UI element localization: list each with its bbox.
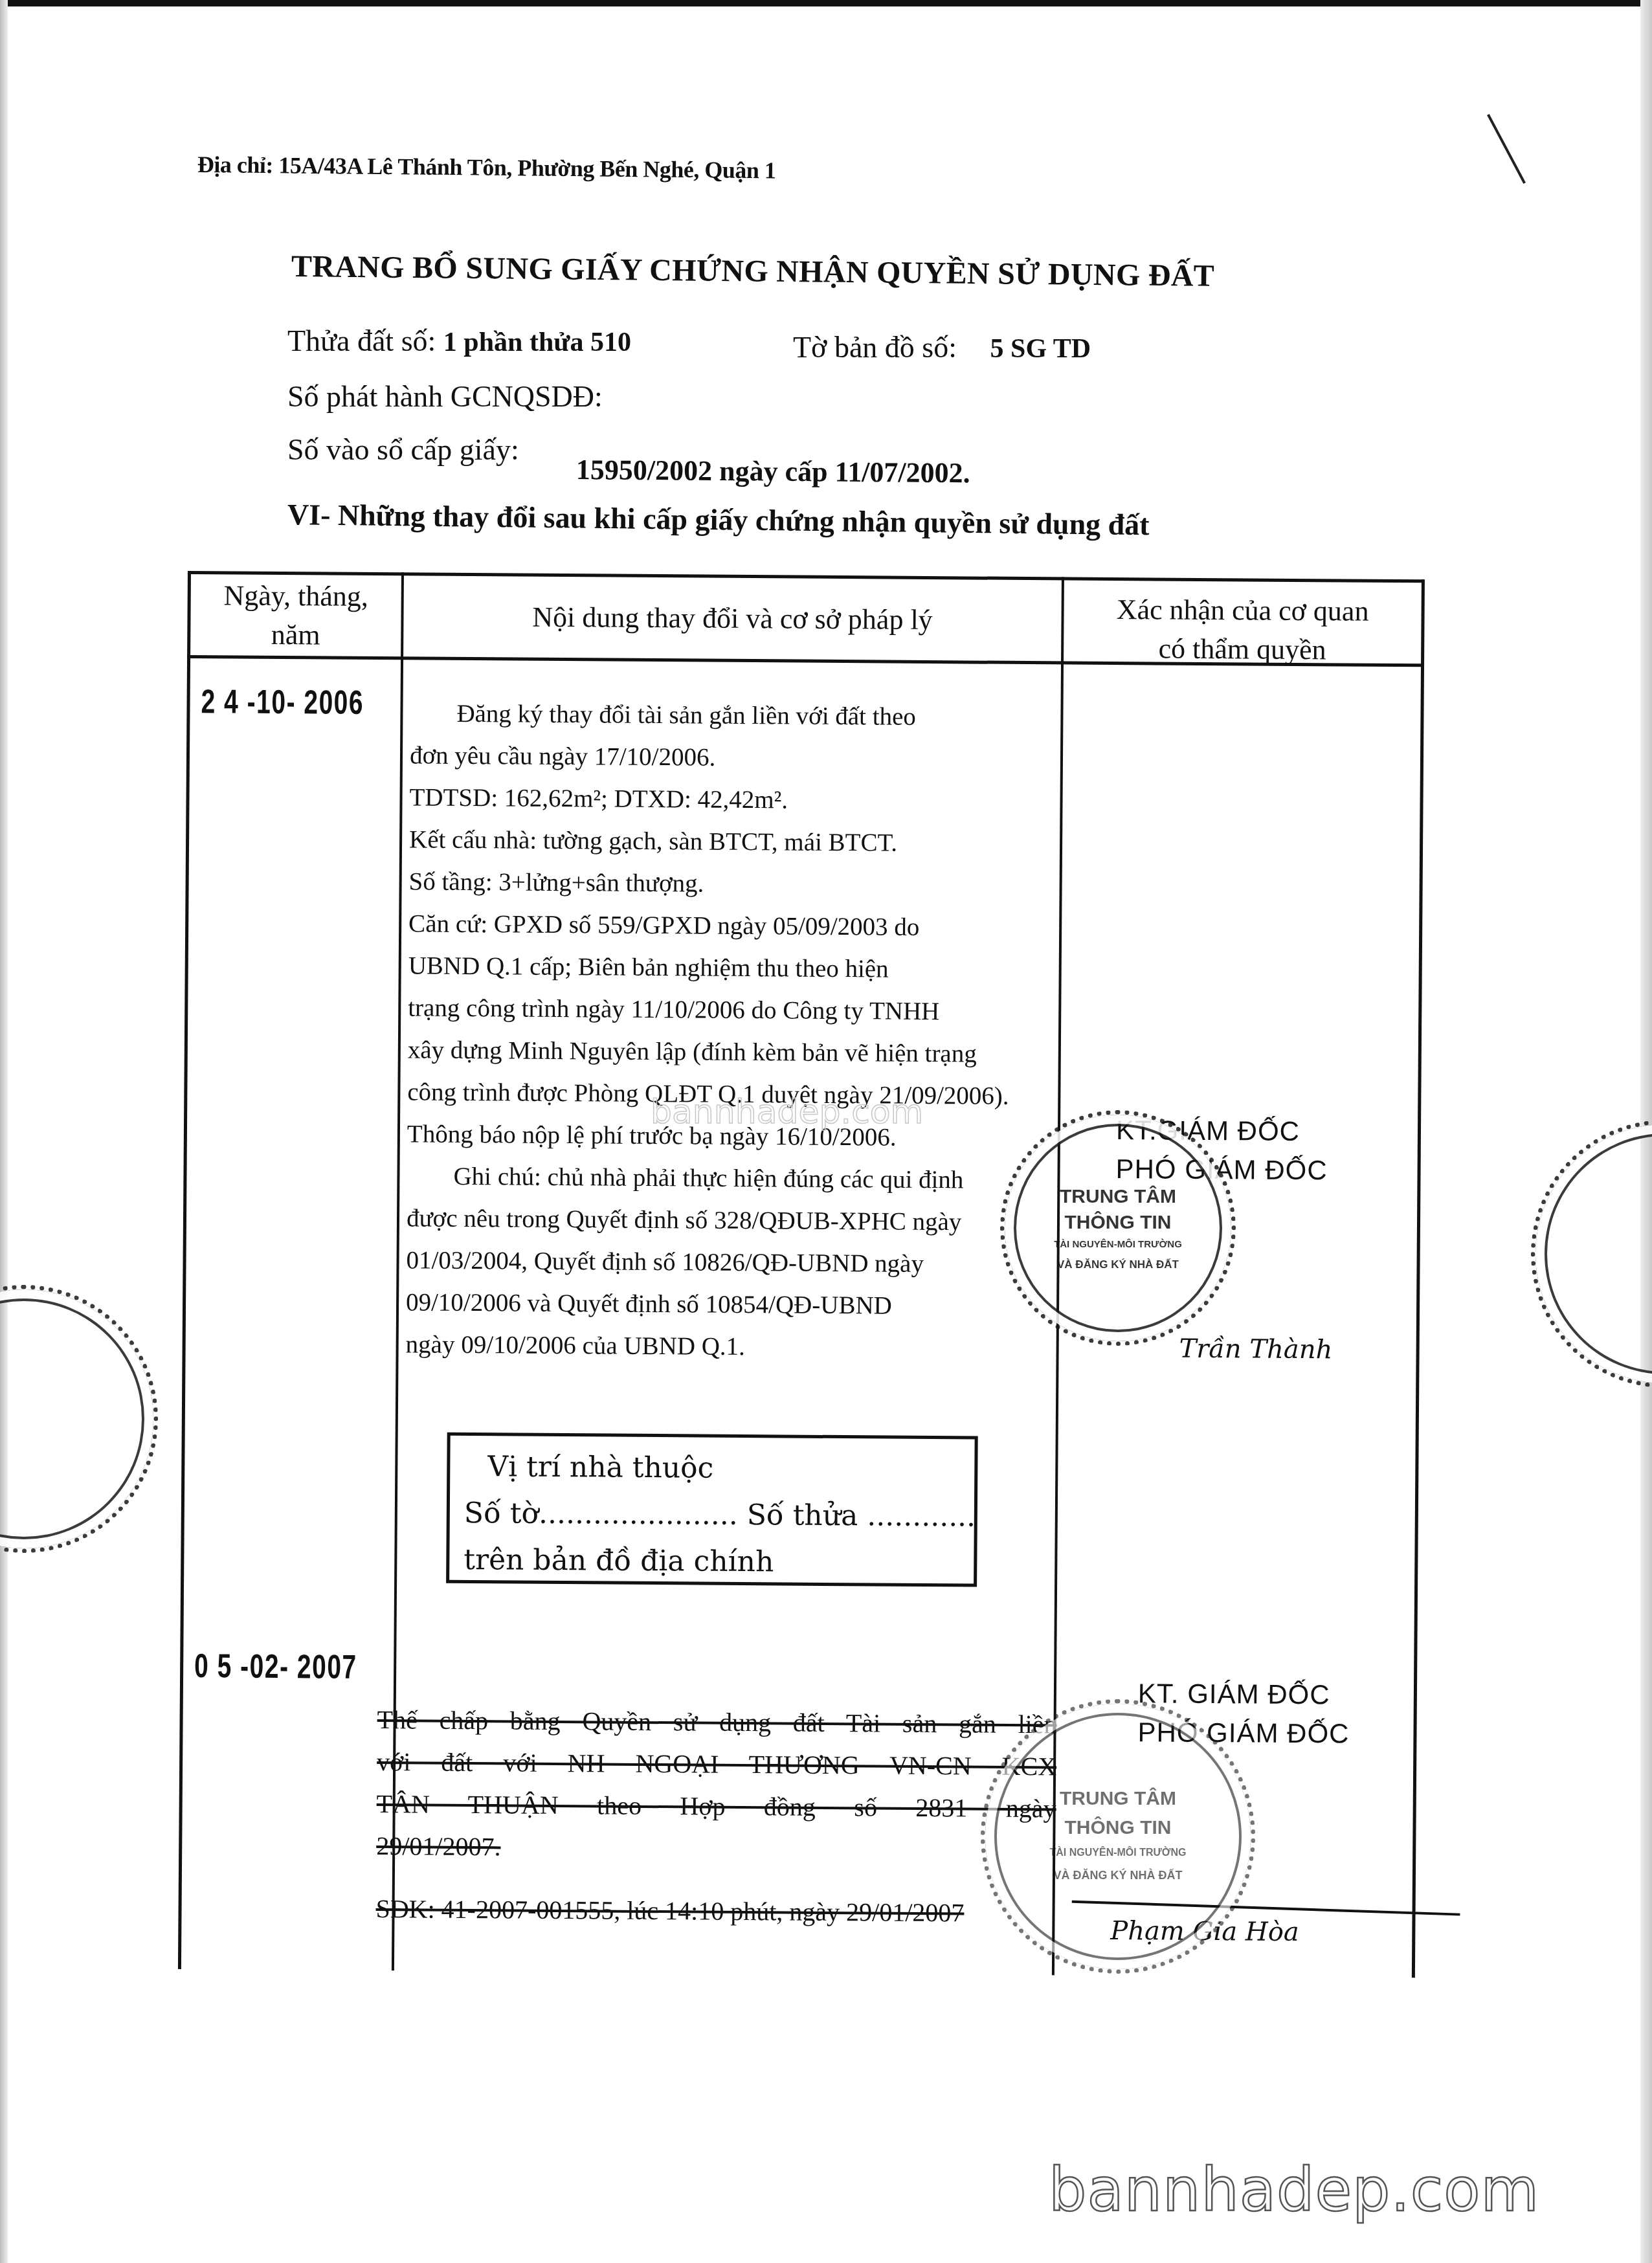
parcel-number-label: Thửa đất số:	[287, 324, 436, 357]
header-date: Ngày, tháng, năm	[190, 576, 401, 655]
pen-mark	[1487, 114, 1526, 184]
content-line: Thế chấp bằng Quyền sử dụng đất Tài sản …	[377, 1699, 1056, 1745]
issue-number-field: Số phát hành GCNQSDĐ:	[287, 379, 603, 414]
seal-text-line4: VÀ ĐĂNG KÝ NHÀ ĐẤT	[985, 1869, 1251, 1882]
row2-date-stamp: 0 5 -02- 2007	[194, 1647, 357, 1687]
content-line: với đất với NH NGOẠI THƯƠNG VN-CN KCX	[377, 1741, 1056, 1787]
content-line: ngày 09/10/2006 của UBND Q.1.	[405, 1323, 1007, 1369]
partial-seal-left	[0, 1285, 158, 1553]
address-line: Địa chỉ: 15A/43A Lê Thánh Tôn, Phường Bế…	[197, 151, 776, 184]
page-top-edge	[0, 0, 1652, 6]
header-content: Nội dung thay đổi và cơ sở pháp lý	[403, 597, 1061, 640]
official-seal-top: TRUNG TÂM THÔNG TIN TÀI NGUYÊN-MÔI TRƯỜN…	[1000, 1110, 1236, 1346]
header-date-line2: năm	[190, 615, 401, 655]
content-line: Ghi chú: chủ nhà phải thực hiện đúng các…	[407, 1155, 1009, 1201]
header-date-line1: Ngày, tháng,	[191, 576, 401, 616]
parcel-number-value: 1 phần thửa 510	[443, 328, 631, 357]
row1-signer-name: Trần Thành	[1179, 1334, 1332, 1365]
seal-text-line3: TÀI NGUYÊN-MÔI TRƯỜNG	[985, 1847, 1251, 1859]
row2-content: Thế chấp bằng Quyền sử dụng đất Tài sản …	[375, 1699, 1056, 1934]
table-right-border	[1412, 579, 1425, 1978]
location-box: Vị trí nhà thuộc Số tờ..................…	[446, 1432, 978, 1587]
table-left-border	[178, 571, 191, 1969]
content-line: TDTSD: 162,62m²; DTXD: 42,42m².	[409, 776, 1011, 822]
seal-text-line1: TRUNG TÂM	[1005, 1186, 1231, 1208]
content-line: Căn cứ: GPXD số 559/GPXD ngày 05/09/2003…	[408, 902, 1010, 948]
content-line: 01/03/2004, Quyết định số 10826/QĐ-UBND …	[406, 1239, 1008, 1285]
seal-text-line1: TRUNG TÂM	[985, 1788, 1251, 1810]
seal-text-line2: THÔNG TIN	[1005, 1212, 1231, 1234]
register-number-value: 15950/2002 ngày cấp 11/07/2002.	[576, 453, 970, 489]
content-line: TÂN THUẬN theo Hợp đồng số 2831 ngày	[376, 1783, 1056, 1829]
map-sheet-label: Tờ bản đồ số:	[793, 331, 957, 364]
content-line: được nêu trong Quyết định số 328/QĐUB-XP…	[407, 1197, 1009, 1243]
register-number-label: Số vào sổ cấp giấy:	[287, 432, 519, 467]
registration-number: SĐK: 41-2007-001555, lúc 14:10 phút, ngà…	[375, 1888, 1055, 1934]
seal-text-line3: TÀI NGUYÊN-MÔI TRƯỜNG	[1005, 1239, 1231, 1250]
header-confirm-line2: có thẩm quyền	[1064, 629, 1421, 670]
official-seal-bottom: TRUNG TÂM THÔNG TIN TÀI NGUYÊN-MÔI TRƯỜN…	[981, 1699, 1255, 1974]
watermark-bottom: bannhadep.com	[1049, 2156, 1539, 2225]
content-line: đơn yêu cầu ngày 17/10/2006.	[410, 734, 1012, 780]
changes-table: Ngày, tháng, năm Nội dung thay đổi và cơ…	[178, 571, 1424, 1978]
watermark-middle: bannhadep.com	[651, 1093, 923, 1131]
content-line: 09/10/2006 và Quyết định số 10854/QĐ-UBN…	[406, 1281, 1008, 1327]
section-title: VI- Những thay đổi sau khi cấp giấy chứn…	[287, 497, 1150, 542]
content-line: Kết cấu nhà: tường gạch, sàn BTCT, mái B…	[409, 818, 1011, 864]
content-line: UBND Q.1 cấp; Biên bản nghiệm thu theo h…	[408, 944, 1010, 990]
parcel-number-field: Thửa đất số: 1 phần thửa 510	[287, 324, 631, 358]
seal-text-line4: VÀ ĐĂNG KÝ NHÀ ĐẤT	[1005, 1258, 1231, 1271]
seal-text-line2: THÔNG TIN	[985, 1817, 1251, 1839]
content-line: trạng công trình ngày 11/10/2006 do Công…	[408, 987, 1010, 1032]
location-box-line2: Số tờ...................... Số thửa ....…	[464, 1490, 960, 1540]
map-sheet-field: Tờ bản đồ số: 5 SG TD	[793, 330, 1091, 364]
page-left-edge	[0, 0, 8, 2263]
row2-sign-title1: KT. GIÁM ĐỐC	[1138, 1678, 1330, 1710]
content-line: Số tầng: 3+lửng+sân thượng.	[408, 860, 1010, 906]
row1-date-stamp: 2 4 -10- 2006	[201, 682, 364, 722]
header-confirm-line1: Xác nhận của cơ quan	[1064, 590, 1421, 631]
partial-seal-right	[1531, 1120, 1652, 1388]
header-confirm: Xác nhận của cơ quan có thẩm quyền	[1064, 590, 1422, 670]
content-line: xây dựng Minh Nguyên lập (đính kèm bản v…	[408, 1029, 1010, 1075]
location-box-line1: Vị trí nhà thuộc	[464, 1444, 960, 1493]
map-sheet-value: 5 SG TD	[990, 334, 1091, 364]
location-box-line3: trên bản đồ địa chính	[463, 1537, 959, 1587]
content-line: 29/01/2007.	[376, 1825, 1056, 1871]
row1-content: Đăng ký thay đổi tài sản gắn liền với đấ…	[405, 692, 1012, 1369]
document-title: TRANG BỔ SUNG GIẤY CHỨNG NHẬN QUYỀN SỬ D…	[291, 249, 1215, 294]
content-line: Đăng ký thay đổi tài sản gắn liền với đấ…	[410, 692, 1012, 738]
